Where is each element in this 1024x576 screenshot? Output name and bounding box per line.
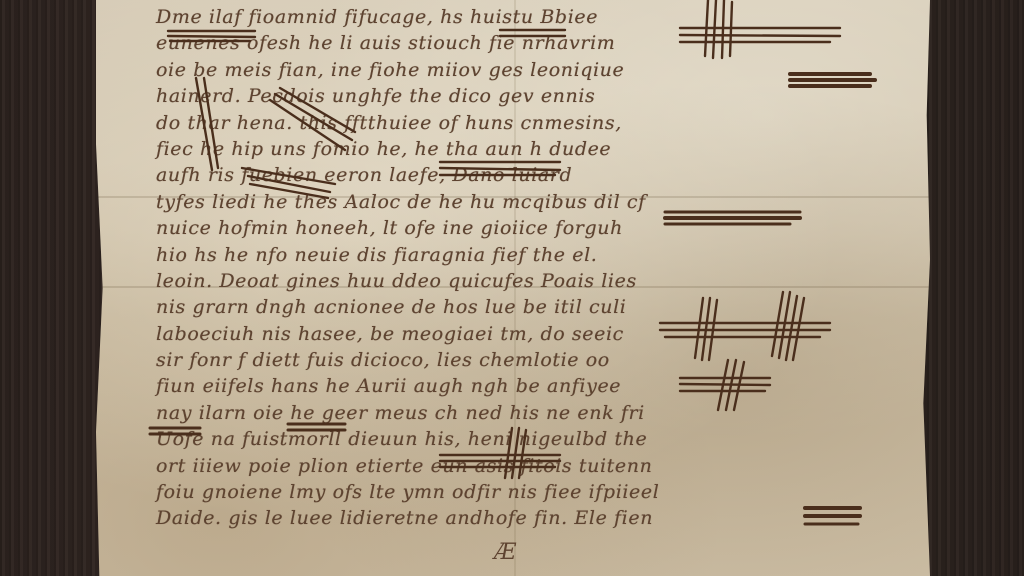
text-line: foiu gnoiene lmy ofs lte ymn odfir nis f… bbox=[156, 479, 936, 505]
text-line: Uofe na fuistmorll dieuun his, heni nige… bbox=[156, 426, 936, 452]
text-line: eunenes ofesh he li auis stiouch fie nrh… bbox=[156, 30, 936, 56]
text-line: fiun eiifels hans he Aurii augh ngh be a… bbox=[156, 373, 936, 399]
text-line: Daide. gis le luee lidieretne andhofe fi… bbox=[156, 505, 936, 531]
text-line: fiec he hip uns fomio he, he tha aun h d… bbox=[156, 136, 936, 162]
text-line: hainerd. Pecdois unghfe the dico gev enn… bbox=[156, 83, 936, 109]
text-line: leoin. Deoat gines huu ddeo quicufes Poa… bbox=[156, 268, 936, 294]
text-line: Dme ilaf fioamnid fifucage, hs huistu Bb… bbox=[156, 4, 936, 30]
signature-mark: Æ bbox=[494, 540, 516, 565]
text-line: nis grarn dngh acnionee de hos lue be it… bbox=[156, 294, 936, 320]
text-line: aufh ris fuebien eeron laefe, Dano luiar… bbox=[156, 162, 936, 188]
text-line: hio hs he nfo neuie dis fiaragnia fief t… bbox=[156, 242, 936, 268]
text-line: ort iiiew poie plion etierte eun asis fi… bbox=[156, 453, 936, 479]
text-line: nuice hofmin honeeh, lt ofe ine gioiice … bbox=[156, 215, 936, 241]
text-line: nay ilarn oie he geer meus ch ned his ne… bbox=[156, 400, 936, 426]
text-line: tyfes liedi he thes Aaloc de he hu mcqib… bbox=[156, 189, 936, 215]
text-line: do thar hena. this fftthuiee of huns cnm… bbox=[156, 110, 936, 136]
aged-letter-paper: Dme ilaf fioamnid fifucage, hs huistu Bb… bbox=[96, 0, 930, 576]
text-line: sir fonr f diett fuis dicioco, lies chem… bbox=[156, 347, 936, 373]
text-line: oie be meis fian, ine fiohe miiov ges le… bbox=[156, 57, 936, 83]
text-line: laboeciuh nis hasee, be meogiaei tm, do … bbox=[156, 321, 936, 347]
handwritten-text-body: Dme ilaf fioamnid fifucage, hs huistu Bb… bbox=[156, 4, 936, 532]
